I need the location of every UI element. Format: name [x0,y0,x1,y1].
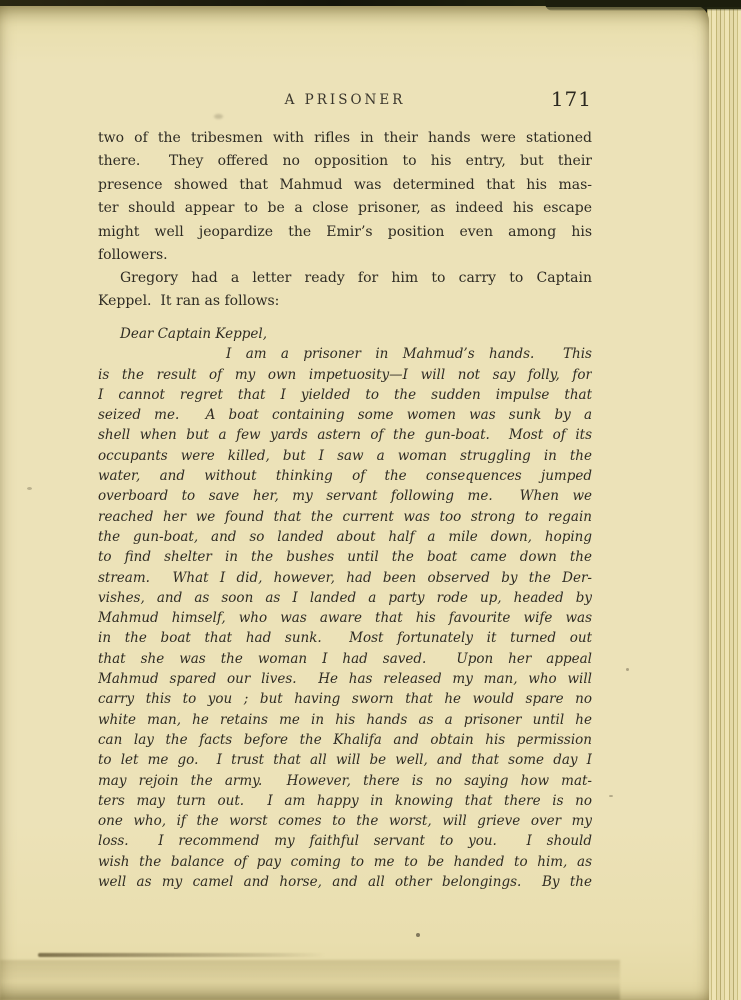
text-line: Mahmud himself, who was aware that his f… [98,608,592,628]
top-dark-edge-right [545,0,741,11]
text-line: may rejoin the army. However, there is n… [98,771,592,791]
text-line: followers. [98,244,592,267]
text-line: Keppel. It ran as follows: [98,290,592,313]
text-line: Gregory had a letter ready for him to ca… [98,267,592,290]
text-line: vishes, and as soon as I landed a party … [98,588,592,608]
text-line: seized me. A boat containing some women … [98,405,592,425]
text-line: presence showed that Mahmud was determin… [98,174,592,197]
paragraph-continuation: two of the tribesmen with rifles in thei… [98,127,592,267]
text-line: shell when but a few yards astern of the… [98,425,592,445]
text-line: water, and without thinking of the conse… [98,466,592,486]
text-line: one who, if the worst comes to the worst… [98,811,592,831]
text-line: to let me go. I trust that all will be w… [98,750,592,770]
bottom-soft-shadow [0,960,620,1000]
text-line: white man, he retains me in his hands as… [98,710,592,730]
text-line: to find shelter in the bushes until the … [98,547,592,567]
paper-speck [27,487,32,490]
text-line: Mahmud spared our lives. He has released… [98,669,592,689]
text-line: wish the balance of pay coming to me to … [98,852,592,872]
bottom-crease-shadow [38,953,326,957]
text-line: ter should appear to be a close prisoner… [98,197,592,220]
page-header: A PRISONER 171 [98,92,592,114]
paragraph-gregory-letter: Gregory had a letter ready for him to ca… [98,267,592,314]
text-line: I cannot regret that I yielded to the su… [98,385,592,405]
text-line: I am a prisoner in Mahmud’s hands. This [98,344,592,364]
text-line: carry this to you ; but having sworn tha… [98,689,592,709]
text-line: occupants were killed, but I saw a woman… [98,446,592,466]
page-number: 171 [551,87,592,111]
text-line: well as my camel and horse, and all othe… [98,872,592,892]
paper-speck [626,668,629,671]
text-line: overboard to save her, my servant follow… [98,486,592,506]
text-line: might well jeopardize the Emir’s positio… [98,221,592,244]
text-line: stream. What I did, however, had been ob… [98,568,592,588]
text-line: in the boat that had sunk. Most fortunat… [98,628,592,648]
text-line: that she was the woman I had saved. Upon… [98,649,592,669]
text-line: can lay the facts before the Khalifa and… [98,730,592,750]
text-line: two of the tribesmen with rifles in thei… [98,127,592,150]
book-page-scan: A PRISONER 171 two of the tribesmen with… [0,0,741,1000]
text-line: the gun-boat, and so landed about half a… [98,527,592,547]
page-edge-stack [707,0,741,1000]
paper-speck [416,933,420,937]
paper-smudge [214,114,223,119]
text-line: reached her we found that the current wa… [98,507,592,527]
text-line: is the result of my own impetuosity—I wi… [98,365,592,385]
letter-block: Dear Captain Keppel, I am a prisoner in … [98,324,592,892]
letter-salutation: Dear Captain Keppel, [98,324,592,344]
text-line: ters may turn out. I am happy in knowing… [98,791,592,811]
running-title: A PRISONER [98,92,592,108]
paper-speck [609,795,613,797]
text-line: there. They offered no opposition to his… [98,150,592,173]
text-line: loss. I recommend my faithful servant to… [98,831,592,851]
